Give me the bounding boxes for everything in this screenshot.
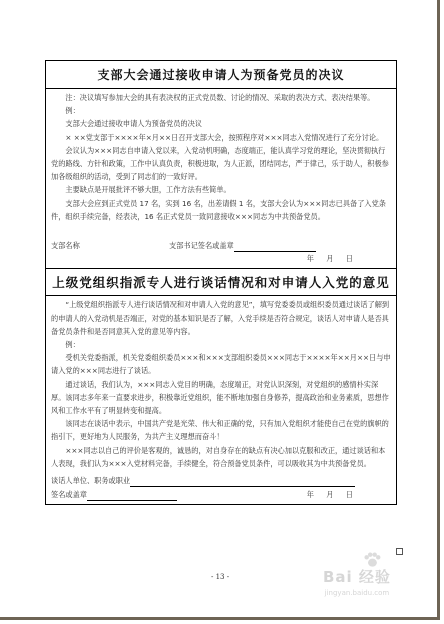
section2-para2: 通过谈话，我们认为，×××同志入党目的明确，态度端正，对党认识深刻，对党组织的感… [51,378,391,418]
table-resize-handle[interactable] [396,548,403,555]
date-day: 日 [346,254,353,263]
section2-para1: 受机关党委指派，机关党委组织委员×××和×××支部组织委员×××同志于××××年… [51,351,391,377]
section1-para1: × ××党支部于××××年×月××日召开支部大会，按照程序对×××同志入党情况进… [51,131,391,144]
secretary-sign-label: 支部书记签名或盖章 [169,239,234,252]
resolution-form-table: 支部大会通过接收申请人为预备党员的决议 注：决议填写参加大会的具有表决权的正式党… [45,60,397,505]
page-number: - 13 - [211,573,229,581]
section2-sign-line[interactable] [87,490,177,501]
secretary-sign-line[interactable] [234,241,316,252]
section1-example-title: 支部大会通过接收申请人为预备党员的决议 [51,117,391,130]
section2-sign-row: 签名或盖章 年 月 日 [51,488,391,501]
date-day: 日 [346,490,353,499]
interviewer-unit-row: 谈话人单位、职务或职业 [51,474,391,487]
date-year: 年 [307,490,314,499]
baidu-watermark: Bai 经验 jingyan.baidu.com [323,566,391,597]
section2-intro: “上级党组织指派专人进行谈话情况和对申请人入党的意见”，填写党委委员或组织委员通… [51,298,391,338]
paw-icon [363,552,381,568]
section2-para4: ×××同志以自己的评价是客观的，诚恳的，对自身存在的缺点有决心加以克服和改正，通… [51,444,391,470]
section2-para3: 该同志在谈话中表示，中国共产党是光荣、伟大和正确的党，只有加入党组织才能使自己在… [51,417,391,443]
section2-title: 上级党组织指派专人进行谈话情况和对申请人入党的意见 [46,268,396,296]
section1-body: 注：决议填写参加大会的具有表决权的正式党员数、讨论的情况、采取的表决方式、表决结… [46,89,396,268]
section2-date: 年 月 日 [307,488,391,501]
section1-para2: 会议认为×××同志自申请入党以来，入党动机明确，态度端正，能认真学习党的理论，坚… [51,144,391,184]
section1-example-label: 例： [51,104,391,117]
section1-note: 注：决议填写参加大会的具有表决权的正式党员数、讨论的情况、采取的表决方式、表决结… [51,91,391,104]
branch-name-label: 支部名称 [51,239,169,252]
interviewer-unit-line[interactable] [130,476,355,487]
section1-signature-row: 支部名称 支部书记签名或盖章 [51,239,391,252]
section2-sign-label: 签名或盖章 [51,490,87,499]
section1-para4: 支部大会应到正式党员 17 名，实到 16 名，出差请假 1 名，支部大会认为×… [51,197,391,223]
section2-example-label: 例： [51,338,391,351]
watermark-sub: jingyan.baidu.com [323,589,391,597]
interviewer-unit-label: 谈话人单位、职务或职业 [51,474,130,487]
section2-body: “上级党组织指派专人进行谈话情况和对申请人入党的意见”，填写党委委员或组织委员通… [46,296,396,504]
section1-date: 年 月 日 [51,252,391,265]
date-year: 年 [307,254,314,263]
date-month: 月 [326,490,333,499]
section1-title: 支部大会通过接收申请人为预备党员的决议 [46,61,396,89]
watermark-main: Bai 经验 [323,566,391,587]
section1-para3: 主要缺点是开展批评不够大胆，工作方法有些简单。 [51,183,391,196]
date-month: 月 [326,254,333,263]
